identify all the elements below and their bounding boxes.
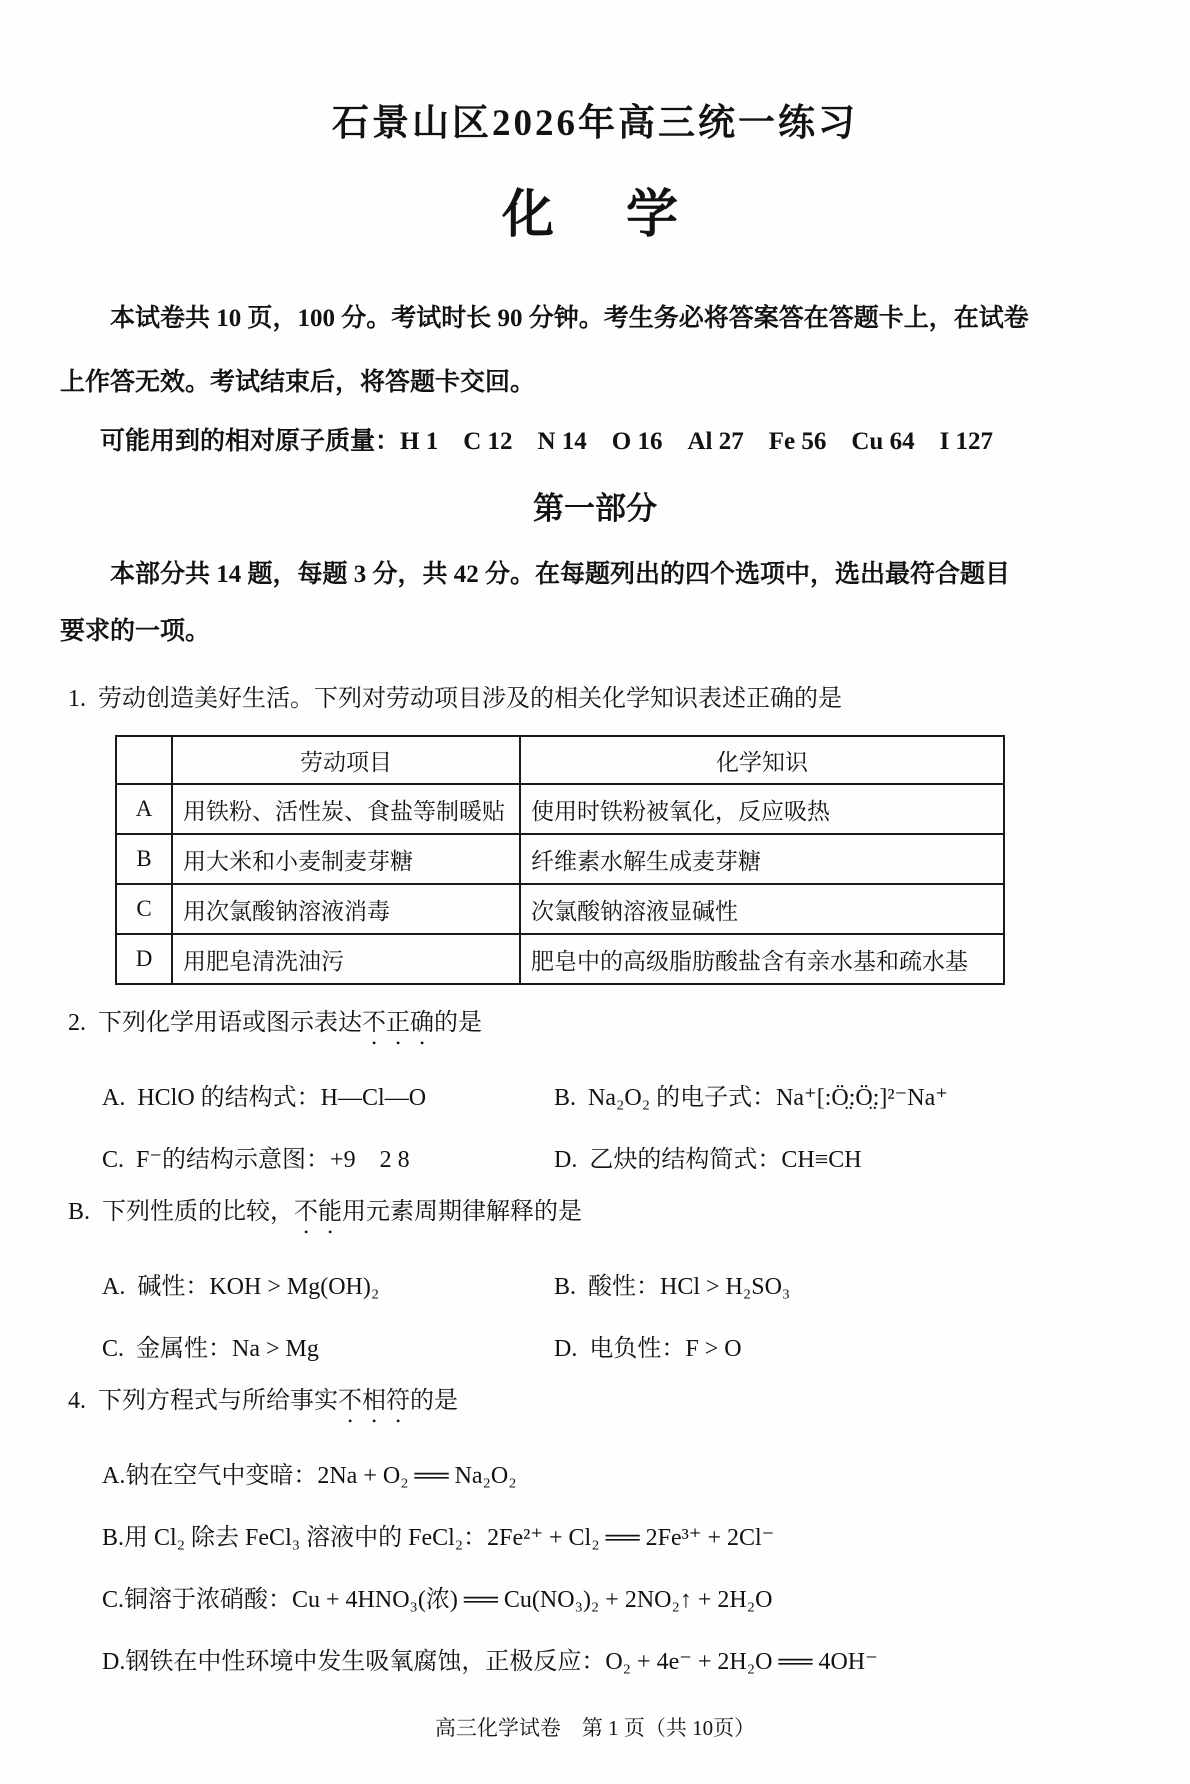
option-text: Na₂O₂ 的电子式：Na⁺[:Ö̤:Ö̤:]²⁻Na⁺ — [588, 1085, 948, 1111]
table-row: C 用次氯酸钠溶液消毒 次氯酸钠溶液显碱性 — [116, 884, 1004, 934]
part-one-title: 第一部分 — [60, 483, 1130, 528]
row-letter: D — [116, 934, 172, 984]
question-4-stem: 4.下列方程式与所给事实不相符的是 — [60, 1381, 1130, 1428]
question-1-number: 1. — [68, 686, 86, 712]
question-3-text-emphasis: 不能 — [294, 1199, 342, 1225]
atomic-masses-line: 可能用到的相对原子质量：H 1 C 12 N 14 O 16 Al 27 Fe … — [60, 421, 1130, 457]
row-letter: A — [116, 784, 172, 834]
question-4-text-post: 的是 — [410, 1388, 458, 1414]
row-knowledge: 次氯酸钠溶液显碱性 — [520, 884, 1004, 934]
option-label: C. — [102, 1336, 124, 1362]
question-2-option-d: D.乙炔的结构简式：CH≡CH — [554, 1139, 862, 1174]
question-2-option-b: B.Na₂O₂ 的电子式：Na⁺[:Ö̤:Ö̤:]²⁻Na⁺ — [554, 1077, 948, 1112]
option-text: 金属性：Na > Mg — [136, 1336, 319, 1362]
option-label: A. — [102, 1274, 125, 1300]
table-header-row: 劳动项目 化学知识 — [116, 736, 1004, 784]
row-letter: B — [116, 834, 172, 884]
row-project: 用次氯酸钠溶液消毒 — [172, 884, 520, 934]
question-4-text-pre: 下列方程式与所给事实 — [98, 1388, 338, 1414]
part-one-instructions: 本部分共 14 题，每题 3 分，共 42 分。在每题列出的四个选项中，选出最符… — [60, 546, 1130, 661]
exam-page: 石景山区2026年高三统一练习 化 学 本试卷共 10 页，100 分。考试时长… — [0, 0, 1190, 1784]
question-4-option-c: C.铜溶于浓硝酸：Cu + 4HNO₃(浓) ══ Cu(NO₃)₂ + 2NO… — [60, 1579, 1130, 1614]
option-text: HClO 的结构式：H—Cl—O — [137, 1085, 426, 1111]
question-1-table: 劳动项目 化学知识 A 用铁粉、活性炭、食盐等制暖贴 使用时铁粉被氧化，反应吸热… — [115, 735, 1005, 985]
question-3-option-d: D.电负性：F > O — [554, 1328, 742, 1363]
exam-intro-paragraph: 本试卷共 10 页，100 分。考试时长 90 分钟。考生务必将答案答在答题卡上… — [60, 287, 1130, 415]
question-4-option-d: D.钢铁在中性环境中发生吸氧腐蚀，正极反应：O₂ + 4e⁻ + 2H₂O ══… — [60, 1641, 1130, 1676]
question-2-options-row-1: A.HClO 的结构式：H—Cl—O B.Na₂O₂ 的电子式：Na⁺[:Ö̤:… — [60, 1077, 1130, 1112]
option-label: A. — [102, 1085, 125, 1111]
question-3-options-row-2: C.金属性：Na > Mg D.电负性：F > O — [60, 1328, 1130, 1363]
question-3-option-b: B.酸性：HCl > H₂SO₃ — [554, 1266, 790, 1301]
row-knowledge: 纤维素水解生成麦芽糖 — [520, 834, 1004, 884]
question-3-stem: B.下列性质的比较，不能用元素周期律解释的是 — [60, 1192, 1130, 1239]
question-3-text-pre: 下列性质的比较， — [102, 1199, 294, 1225]
question-2-number: 2. — [68, 1010, 86, 1036]
row-project: 用肥皂清洗油污 — [172, 934, 520, 984]
option-text: 碱性：KOH > Mg(OH)₂ — [137, 1274, 379, 1300]
question-3-options-row-1: A.碱性：KOH > Mg(OH)₂ B.酸性：HCl > H₂SO₃ — [60, 1266, 1130, 1301]
table-row: B 用大米和小麦制麦芽糖 纤维素水解生成麦芽糖 — [116, 834, 1004, 884]
row-letter: C — [116, 884, 172, 934]
question-3-option-a: A.碱性：KOH > Mg(OH)₂ — [102, 1266, 554, 1301]
question-4-option-a: A.钠在空气中变暗：2Na + O₂ ══ Na₂O₂ — [60, 1455, 1130, 1490]
option-label: D. — [554, 1147, 577, 1173]
question-3-option-c: C.金属性：Na > Mg — [102, 1328, 554, 1363]
question-1-text: 劳动创造美好生活。下列对劳动项目涉及的相关化学知识表述正确的是 — [98, 686, 842, 712]
row-project: 用大米和小麦制麦芽糖 — [172, 834, 520, 884]
table-row: D 用肥皂清洗油污 肥皂中的高级脂肪酸盐含有亲水基和疏水基 — [116, 934, 1004, 984]
question-4-option-b: B.用 Cl₂ 除去 FeCl₃ 溶液中的 FeCl₂：2Fe²⁺ + Cl₂ … — [60, 1517, 1130, 1552]
row-project: 用铁粉、活性炭、食盐等制暖贴 — [172, 784, 520, 834]
option-text: 钢铁在中性环境中发生吸氧腐蚀，正极反应：O₂ + 4e⁻ + 2H₂O ══ 4… — [125, 1649, 877, 1675]
question-3-number: B. — [68, 1199, 90, 1225]
question-2-option-a: A.HClO 的结构式：H—Cl—O — [102, 1077, 554, 1112]
option-text: F⁻的结构示意图：+9 2 8 — [136, 1147, 410, 1173]
question-2-stem: 2.下列化学用语或图示表达不正确的是 — [60, 1003, 1130, 1050]
option-text: 铜溶于浓硝酸：Cu + 4HNO₃(浓) ══ Cu(NO₃)₂ + 2NO₂↑… — [124, 1587, 772, 1613]
option-label: B. — [554, 1274, 576, 1300]
option-label: A. — [102, 1463, 125, 1489]
exam-title: 石景山区2026年高三统一练习 — [60, 92, 1130, 146]
option-label: D. — [102, 1649, 125, 1675]
table-header-knowledge: 化学知识 — [520, 736, 1004, 784]
question-2-text-emphasis: 不正确 — [362, 1010, 434, 1036]
page-footer: 高三化学试卷 第 1 页（共 10页） — [0, 1712, 1190, 1742]
option-label: D. — [554, 1336, 577, 1362]
option-label: B. — [554, 1085, 576, 1111]
question-2-option-c: C.F⁻的结构示意图：+9 2 8 — [102, 1139, 554, 1174]
question-3-text-post: 用元素周期律解释的是 — [342, 1199, 582, 1225]
question-2-text-pre: 下列化学用语或图示表达 — [98, 1010, 362, 1036]
row-knowledge: 使用时铁粉被氧化，反应吸热 — [520, 784, 1004, 834]
table-row: A 用铁粉、活性炭、食盐等制暖贴 使用时铁粉被氧化，反应吸热 — [116, 784, 1004, 834]
option-label: C. — [102, 1587, 124, 1613]
question-4-number: 4. — [68, 1388, 86, 1414]
option-label: C. — [102, 1147, 124, 1173]
option-text: 钠在空气中变暗：2Na + O₂ ══ Na₂O₂ — [125, 1463, 516, 1489]
question-1-stem: 1.劳动创造美好生活。下列对劳动项目涉及的相关化学知识表述正确的是 — [60, 679, 1130, 720]
option-text: 用 Cl₂ 除去 FeCl₃ 溶液中的 FeCl₂：2Fe²⁺ + Cl₂ ══… — [124, 1525, 774, 1551]
table-header-project: 劳动项目 — [172, 736, 520, 784]
question-4-text-emphasis: 不相符 — [338, 1388, 410, 1414]
table-header-blank — [116, 736, 172, 784]
option-label: B. — [102, 1525, 124, 1551]
question-2-text-post: 的是 — [434, 1010, 482, 1036]
row-knowledge: 肥皂中的高级脂肪酸盐含有亲水基和疏水基 — [520, 934, 1004, 984]
option-text: 电负性：F > O — [589, 1336, 741, 1362]
option-text: 酸性：HCl > H₂SO₃ — [588, 1274, 790, 1300]
question-2-options-row-2: C.F⁻的结构示意图：+9 2 8 D.乙炔的结构简式：CH≡CH — [60, 1139, 1130, 1174]
subject-title: 化 学 — [60, 172, 1130, 247]
option-text: 乙炔的结构简式：CH≡CH — [589, 1147, 861, 1173]
